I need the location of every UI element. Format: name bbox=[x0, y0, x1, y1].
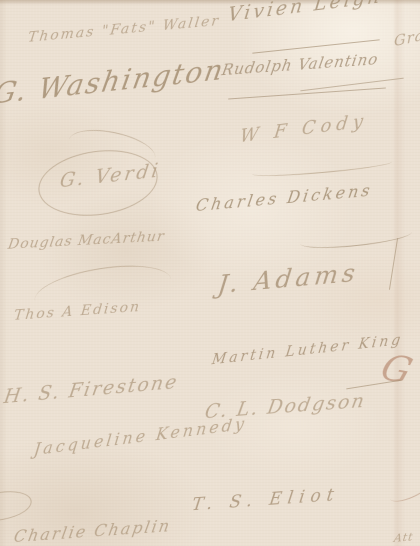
signature-bottom-right-partial: Att bbox=[393, 532, 414, 545]
signature-wallpaper-photo: Thomas "Fats" Waller Vivien Leigh Gra Ru… bbox=[0, 0, 420, 546]
signature-right-edge-flourish: G bbox=[376, 351, 416, 391]
signature-bottom-left-partial: Charlie Chaplin bbox=[13, 518, 173, 545]
signature-g-washington: G. Washington bbox=[0, 55, 227, 108]
signature-charles-dickens: Charles Dickens bbox=[195, 182, 374, 214]
signature-douglas-macarthur: Douglas MacArthur bbox=[7, 230, 166, 252]
signature-martin-luther-king: Martin Luther King bbox=[211, 333, 404, 367]
underline-flourish-cody bbox=[252, 157, 392, 179]
tail-stroke-dickens bbox=[389, 238, 398, 290]
signature-vivien-leigh: Vivien Leigh bbox=[227, 0, 384, 25]
oval-flourish-left-edge bbox=[0, 487, 34, 525]
signature-top-right-partial: Gra bbox=[394, 27, 420, 49]
signature-j-adams: J. Adams bbox=[216, 259, 360, 297]
signature-thomas-fats-waller: Thomas "Fats" Waller bbox=[27, 14, 221, 45]
pen-stroke-right-edge bbox=[387, 474, 420, 507]
signature-w-f-cody: W F Cody bbox=[239, 112, 369, 146]
signature-jacqueline-kennedy: Jacqueline Kennedy bbox=[33, 416, 248, 458]
signature-rudolph-valentino: Rudolph Valentino bbox=[221, 52, 380, 78]
signature-h-s-firestone: H. S. Firestone bbox=[2, 373, 179, 408]
signature-t-s-eliot: T. S. Eliot bbox=[191, 487, 341, 515]
